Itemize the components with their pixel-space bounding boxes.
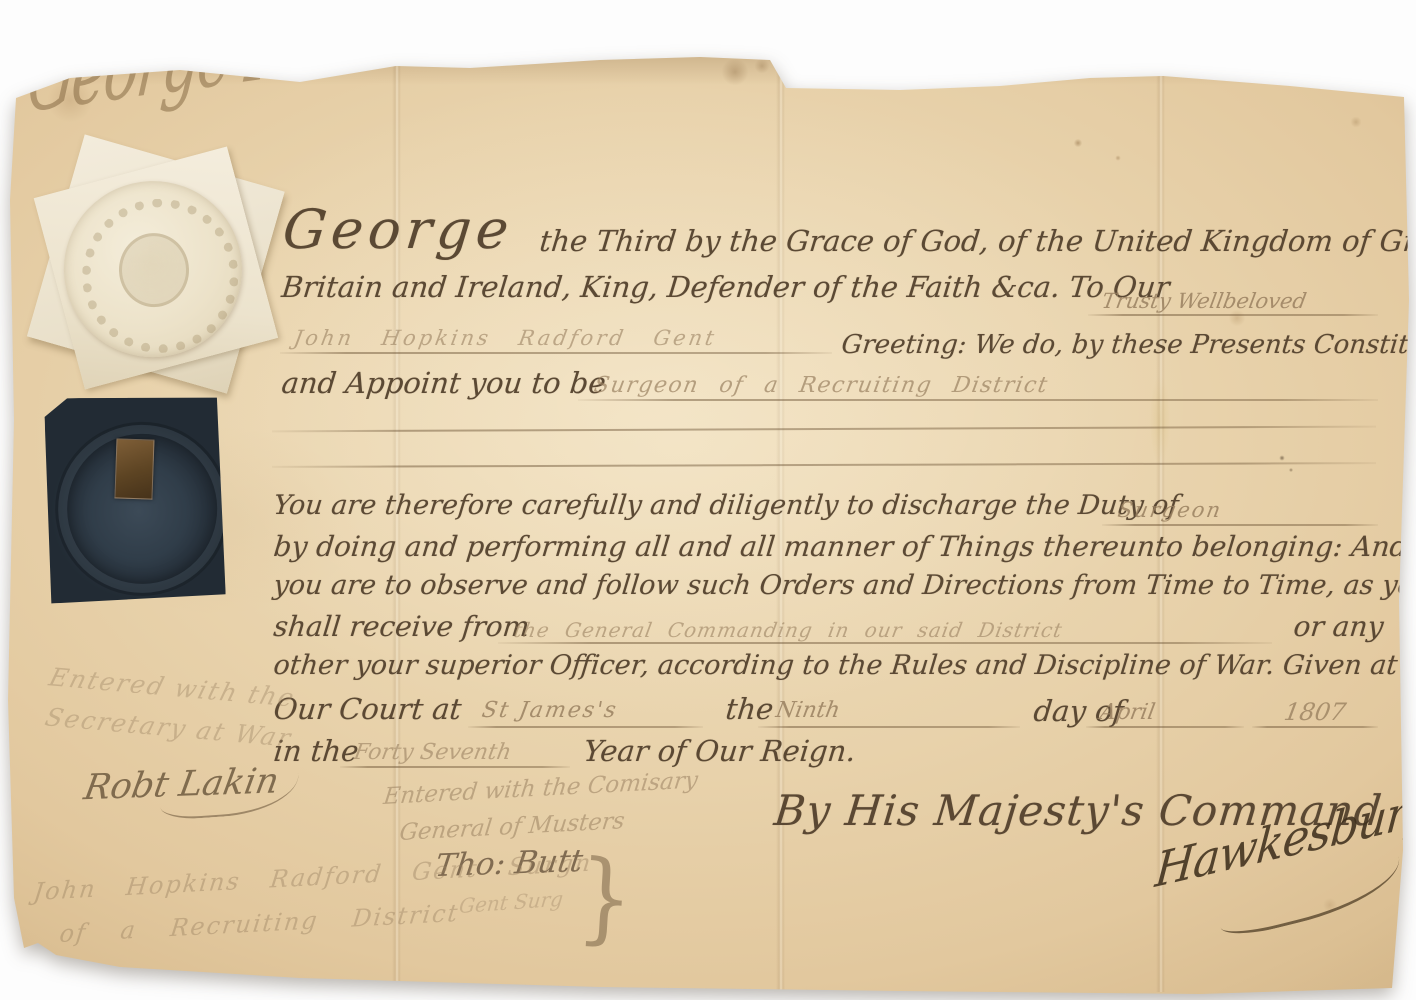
fill-trusty-wellbeloved: Trusty Wellbeloved — [1100, 289, 1308, 313]
fold-crease-center — [776, 56, 785, 992]
fill-appointment: Surgeon of a Recruiting District — [592, 373, 1050, 398]
fold-crease-left — [392, 56, 401, 992]
ruled-line — [498, 642, 1272, 644]
receive-tail: or any — [1292, 610, 1385, 643]
fill-month: April — [1098, 700, 1157, 725]
fill-year: 1807 — [1282, 698, 1348, 726]
duty-stamp-foil — [114, 438, 154, 499]
parchment-wrapper: George R George the Third by the Grace o… — [0, 0, 1416, 1000]
fill-court-place: St James's — [480, 698, 620, 723]
parchment-document: George R George the Third by the Grace o… — [0, 0, 1416, 1000]
manner-line: by doing and performing all and all mann… — [272, 530, 1409, 563]
court-label: Our Court at — [272, 692, 463, 726]
opening-word: George — [280, 198, 517, 261]
officer-line: other your superior Officer, according t… — [272, 650, 1399, 681]
ruled-line — [1088, 314, 1378, 316]
ruled-line — [1252, 726, 1378, 728]
ruled-line — [272, 426, 1376, 433]
body-line-4: and Appoint you to be — [280, 366, 607, 400]
wafer-seal — [26, 141, 287, 400]
fill-duty: Surgeon — [1116, 498, 1224, 522]
body-line-1: the Third by the Grace of God, of the Un… — [538, 224, 1416, 258]
fill-day: Ninth — [774, 698, 842, 723]
the-label: the — [724, 692, 775, 726]
ruled-line — [758, 726, 1020, 728]
royal-sign-manual: George R — [23, 0, 294, 133]
ruled-line — [1102, 524, 1378, 526]
ruled-line — [578, 399, 1378, 401]
photo-backdrop: George R George the Third by the Grace o… — [0, 0, 1416, 1000]
ruled-line — [1086, 726, 1244, 728]
reign-label: Year of Our Reign. — [582, 734, 857, 768]
duty-stamp — [44, 395, 226, 603]
muster-note: Gent Surg — [458, 887, 564, 918]
ruled-line — [468, 726, 703, 728]
orders-line: you are to observe and follow such Order… — [272, 570, 1416, 601]
body-line-2: Britain and Ireland, King, Defender of t… — [280, 270, 1171, 304]
ruled-line — [272, 462, 1376, 468]
muster-entry-line-1: Entered with the Comisary — [382, 767, 699, 810]
duty-line: You are therefore carefully and diligent… — [272, 490, 1180, 521]
fill-commanding-officer: the General Commanding in our said Distr… — [512, 618, 1065, 642]
body-line-3: Greeting: We do, by these Presents Const… — [840, 330, 1416, 360]
fill-grantee-name: John Hopkins Radford Gent — [292, 326, 719, 350]
fill-regnal-year: Forty Seventh — [352, 740, 513, 765]
ruled-line — [280, 352, 832, 354]
war-entry-line-2: Secretary at War — [42, 703, 296, 753]
ruled-line — [340, 766, 570, 768]
receive-line: shall receive from — [272, 610, 531, 643]
